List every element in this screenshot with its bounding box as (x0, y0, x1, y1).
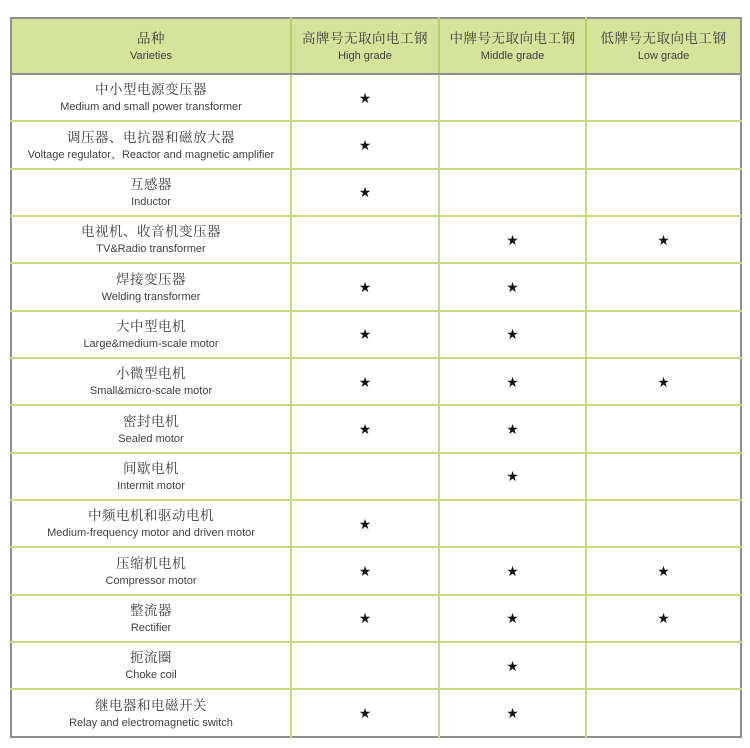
table-row: 中频电机和驱动电机 Medium-frequency motor and dri… (11, 500, 741, 547)
high-grade-cell: ★ (291, 595, 439, 642)
variety-zh: 继电器和电磁开关 (14, 696, 288, 716)
header-varieties: 品种 Varieties (11, 18, 291, 74)
high-grade-cell: ★ (291, 405, 439, 452)
table-row: 继电器和电磁开关 Relay and electromagnetic switc… (11, 689, 741, 737)
middle-grade-cell (439, 500, 586, 547)
variety-en: Choke coil (14, 668, 288, 683)
table-body: 中小型电源变压器 Medium and small power transfor… (11, 74, 741, 737)
table-row: 间歇电机 Intermit motor ★ (11, 453, 741, 500)
low-grade-cell (586, 169, 741, 216)
middle-grade-cell (439, 121, 586, 168)
low-grade-cell: ★ (586, 547, 741, 594)
header-varieties-en: Varieties (14, 49, 288, 64)
middle-grade-cell: ★ (439, 405, 586, 452)
high-grade-cell: ★ (291, 689, 439, 737)
variety-zh: 大中型电机 (14, 317, 288, 337)
low-grade-cell (586, 500, 741, 547)
variety-en: Compressor motor (14, 574, 288, 589)
header-middle-grade-en: Middle grade (442, 49, 583, 64)
low-grade-cell: ★ (586, 358, 741, 405)
variety-en: Inductor (14, 195, 288, 210)
low-grade-cell (586, 453, 741, 500)
high-grade-cell: ★ (291, 500, 439, 547)
low-grade-cell (586, 405, 741, 452)
variety-cell: 间歇电机 Intermit motor (11, 453, 291, 500)
table-row: 密封电机 Sealed motor ★ ★ (11, 405, 741, 452)
table-row: 扼流圈 Choke coil ★ (11, 642, 741, 689)
middle-grade-cell: ★ (439, 547, 586, 594)
high-grade-cell: ★ (291, 358, 439, 405)
high-grade-cell: ★ (291, 169, 439, 216)
header-low-grade-en: Low grade (589, 49, 738, 64)
table-row: 小微型电机 Small&micro-scale motor ★ ★ ★ (11, 358, 741, 405)
variety-en: Medium and small power transformer (14, 100, 288, 115)
low-grade-cell: ★ (586, 216, 741, 263)
variety-zh: 间歇电机 (14, 459, 288, 479)
table-row: 焊接变压器 Welding transformer ★ ★ (11, 263, 741, 310)
header-high-grade-en: High grade (294, 49, 436, 64)
header-middle-grade-zh: 中牌号无取向电工钢 (442, 29, 583, 49)
variety-cell: 中小型电源变压器 Medium and small power transfor… (11, 74, 291, 121)
table-header: 品种 Varieties 高牌号无取向电工钢 High grade 中牌号无取向… (11, 18, 741, 74)
variety-en: Medium-frequency motor and driven motor (14, 526, 288, 541)
header-varieties-zh: 品种 (14, 29, 288, 49)
low-grade-cell (586, 642, 741, 689)
middle-grade-cell: ★ (439, 216, 586, 263)
middle-grade-cell: ★ (439, 311, 586, 358)
middle-grade-cell: ★ (439, 595, 586, 642)
variety-zh: 密封电机 (14, 412, 288, 432)
middle-grade-cell (439, 169, 586, 216)
table-row: 互感器 Inductor ★ (11, 169, 741, 216)
header-row: 品种 Varieties 高牌号无取向电工钢 High grade 中牌号无取向… (11, 18, 741, 74)
header-low-grade: 低牌号无取向电工钢 Low grade (586, 18, 741, 74)
middle-grade-cell (439, 74, 586, 121)
grade-application-table-container: 品种 Varieties 高牌号无取向电工钢 High grade 中牌号无取向… (10, 17, 740, 738)
table-row: 调压器、电抗器和磁放大器 Voltage regulator、Reactor a… (11, 121, 741, 168)
middle-grade-cell: ★ (439, 689, 586, 737)
variety-cell: 压缩机电机 Compressor motor (11, 547, 291, 594)
high-grade-cell: ★ (291, 263, 439, 310)
variety-cell: 小微型电机 Small&micro-scale motor (11, 358, 291, 405)
variety-cell: 电视机、收音机变压器 TV&Radio transformer (11, 216, 291, 263)
variety-zh: 扼流圈 (14, 648, 288, 668)
variety-en: Welding transformer (14, 290, 288, 305)
variety-zh: 互感器 (14, 175, 288, 195)
low-grade-cell (586, 263, 741, 310)
variety-zh: 小微型电机 (14, 364, 288, 384)
variety-zh: 中小型电源变压器 (14, 80, 288, 100)
low-grade-cell (586, 74, 741, 121)
variety-zh: 中频电机和驱动电机 (14, 506, 288, 526)
low-grade-cell: ★ (586, 595, 741, 642)
table-row: 大中型电机 Large&medium-scale motor ★ ★ (11, 311, 741, 358)
low-grade-cell (586, 689, 741, 737)
variety-cell: 中频电机和驱动电机 Medium-frequency motor and dri… (11, 500, 291, 547)
low-grade-cell (586, 311, 741, 358)
variety-cell: 整流器 Rectifier (11, 595, 291, 642)
variety-zh: 电视机、收音机变压器 (14, 222, 288, 242)
high-grade-cell: ★ (291, 121, 439, 168)
high-grade-cell (291, 216, 439, 263)
variety-zh: 调压器、电抗器和磁放大器 (14, 128, 288, 148)
header-high-grade-zh: 高牌号无取向电工钢 (294, 29, 436, 49)
header-high-grade: 高牌号无取向电工钢 High grade (291, 18, 439, 74)
variety-en: Relay and electromagnetic switch (14, 716, 288, 731)
middle-grade-cell: ★ (439, 642, 586, 689)
low-grade-cell (586, 121, 741, 168)
high-grade-cell (291, 453, 439, 500)
variety-cell: 互感器 Inductor (11, 169, 291, 216)
variety-cell: 大中型电机 Large&medium-scale motor (11, 311, 291, 358)
variety-cell: 密封电机 Sealed motor (11, 405, 291, 452)
table-row: 整流器 Rectifier ★ ★ ★ (11, 595, 741, 642)
table-row: 压缩机电机 Compressor motor ★ ★ ★ (11, 547, 741, 594)
variety-cell: 调压器、电抗器和磁放大器 Voltage regulator、Reactor a… (11, 121, 291, 168)
variety-en: Rectifier (14, 621, 288, 636)
high-grade-cell: ★ (291, 311, 439, 358)
middle-grade-cell: ★ (439, 263, 586, 310)
high-grade-cell: ★ (291, 547, 439, 594)
variety-en: Intermit motor (14, 479, 288, 494)
variety-en: Large&medium-scale motor (14, 337, 288, 352)
variety-zh: 压缩机电机 (14, 554, 288, 574)
table-row: 中小型电源变压器 Medium and small power transfor… (11, 74, 741, 121)
variety-cell: 焊接变压器 Welding transformer (11, 263, 291, 310)
variety-cell: 扼流圈 Choke coil (11, 642, 291, 689)
middle-grade-cell: ★ (439, 358, 586, 405)
grade-application-table: 品种 Varieties 高牌号无取向电工钢 High grade 中牌号无取向… (10, 17, 742, 738)
high-grade-cell: ★ (291, 74, 439, 121)
middle-grade-cell: ★ (439, 453, 586, 500)
header-middle-grade: 中牌号无取向电工钢 Middle grade (439, 18, 586, 74)
variety-zh: 焊接变压器 (14, 270, 288, 290)
variety-en: Voltage regulator、Reactor and magnetic a… (14, 148, 288, 163)
variety-en: TV&Radio transformer (14, 242, 288, 257)
variety-en: Small&micro-scale motor (14, 384, 288, 399)
variety-en: Sealed motor (14, 432, 288, 447)
variety-cell: 继电器和电磁开关 Relay and electromagnetic switc… (11, 689, 291, 737)
high-grade-cell (291, 642, 439, 689)
variety-zh: 整流器 (14, 601, 288, 621)
header-low-grade-zh: 低牌号无取向电工钢 (589, 29, 738, 49)
table-row: 电视机、收音机变压器 TV&Radio transformer ★ ★ (11, 216, 741, 263)
